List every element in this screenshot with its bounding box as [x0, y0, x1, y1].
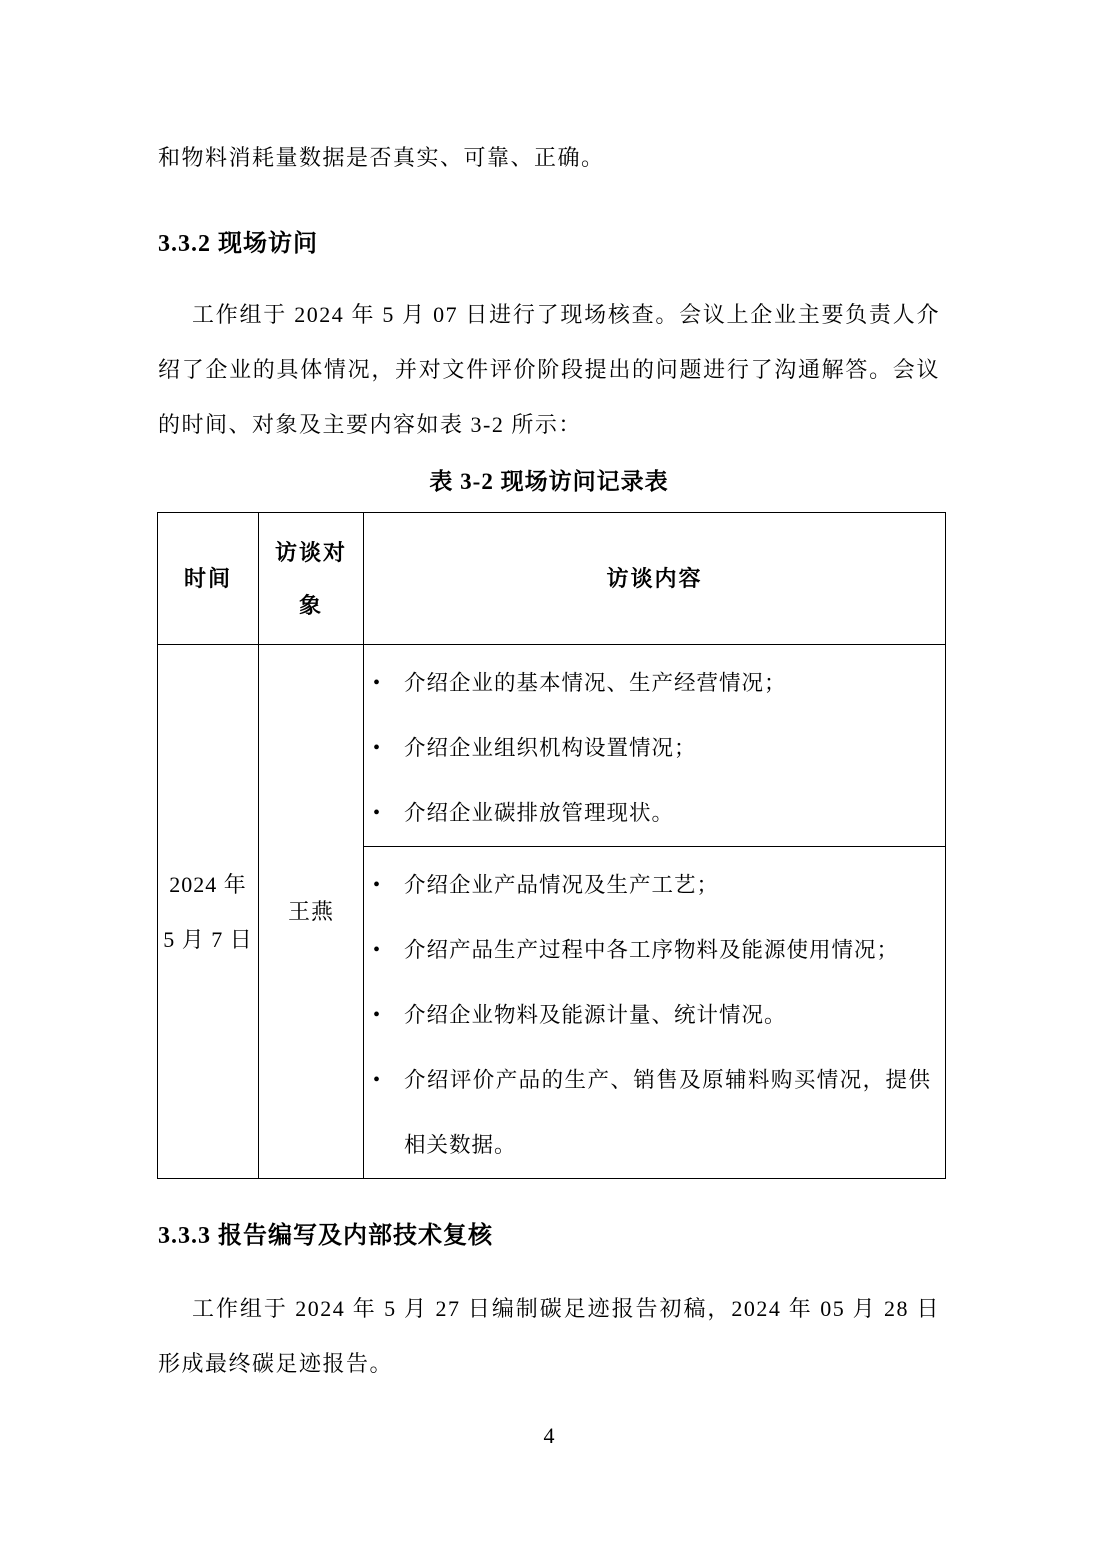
bullet-list: • 介绍企业产品情况及生产工艺； • 介绍产品生产过程中各工序物料及能源使用情况…	[364, 847, 945, 1178]
table-header-row: 时间 访谈对象 访谈内容	[158, 513, 946, 645]
page-number: 4	[158, 1421, 940, 1451]
header-cell-content: 访谈内容	[364, 513, 946, 645]
bullet-icon: •	[373, 983, 381, 1048]
table-caption: 表 3-2 现场访问记录表	[158, 466, 940, 498]
header-interviewee-label: 访谈对象	[269, 526, 353, 632]
cell-time: 2024 年 5 月 7 日	[158, 645, 259, 1179]
list-item: • 介绍企业物料及能源计量、统计情况。	[364, 983, 931, 1048]
time-line-1: 2024 年	[158, 857, 258, 912]
bullet-icon: •	[373, 853, 381, 918]
cell-content-group-1: • 介绍企业的基本情况、生产经营情况； • 介绍企业组织机构设置情况； • 介绍…	[364, 645, 946, 847]
section-3-3-3-heading: 3.3.3 报告编写及内部技术复核	[158, 1219, 940, 1253]
intro-paragraph: 和物料消耗量数据是否真实、可靠、正确。	[158, 143, 940, 173]
list-item-text: 介绍产品生产过程中各工序物料及能源使用情况；	[404, 938, 899, 962]
header-content-label: 访谈内容	[364, 552, 945, 605]
header-cell-interviewee: 访谈对象	[259, 513, 364, 645]
list-item: • 介绍企业组织机构设置情况；	[364, 716, 931, 781]
list-item: • 介绍企业产品情况及生产工艺；	[364, 853, 931, 918]
cell-content-group-2: • 介绍企业产品情况及生产工艺； • 介绍产品生产过程中各工序物料及能源使用情况…	[364, 847, 946, 1179]
list-item-text: 介绍评价产品的生产、销售及原辅料购买情况，提供相关数据。	[404, 1068, 931, 1157]
bullet-icon: •	[373, 1048, 381, 1113]
list-item: • 介绍产品生产过程中各工序物料及能源使用情况；	[364, 918, 931, 983]
bullet-icon: •	[373, 781, 381, 846]
table-row: 2024 年 5 月 7 日 王燕 • 介绍企业的基本情况、生产经营情况；	[158, 645, 946, 847]
list-item-text: 介绍企业产品情况及生产工艺；	[404, 873, 719, 897]
page-content: 和物料消耗量数据是否真实、可靠、正确。 3.3.2 现场访问 工作组于 2024…	[158, 0, 940, 1451]
bullet-icon: •	[373, 716, 381, 781]
header-cell-time: 时间	[158, 513, 259, 645]
interview-record-table: 时间 访谈对象 访谈内容 2024 年 5 月 7 日 王燕	[157, 512, 946, 1179]
bullet-icon: •	[373, 651, 381, 716]
time-line-2: 5 月 7 日	[158, 912, 258, 967]
section-3-3-3-paragraph: 工作组于 2024 年 5 月 27 日编制碳足迹报告初稿，2024 年 05 …	[158, 1281, 940, 1391]
list-item-text: 介绍企业的基本情况、生产经营情况；	[404, 671, 787, 695]
cell-interviewee: 王燕	[259, 645, 364, 1179]
list-item: • 介绍企业碳排放管理现状。	[364, 781, 931, 846]
bullet-list: • 介绍企业的基本情况、生产经营情况； • 介绍企业组织机构设置情况； • 介绍…	[364, 645, 945, 846]
section-3-3-2-heading: 3.3.2 现场访问	[158, 227, 940, 261]
list-item-text: 介绍企业碳排放管理现状。	[404, 801, 674, 825]
list-item: • 介绍评价产品的生产、销售及原辅料购买情况，提供相关数据。	[364, 1048, 931, 1178]
header-time-label: 时间	[158, 552, 258, 605]
list-item-text: 介绍企业物料及能源计量、统计情况。	[404, 1003, 787, 1027]
bullet-icon: •	[373, 918, 381, 983]
list-item: • 介绍企业的基本情况、生产经营情况；	[364, 651, 931, 716]
section-3-3-2-paragraph: 工作组于 2024 年 5 月 07 日进行了现场核查。会议上企业主要负责人介绍…	[158, 287, 940, 452]
list-item-text: 介绍企业组织机构设置情况；	[404, 736, 697, 760]
document-page: 和物料消耗量数据是否真实、可靠、正确。 3.3.2 现场访问 工作组于 2024…	[0, 0, 1102, 1559]
interviewee-name: 王燕	[259, 884, 363, 939]
